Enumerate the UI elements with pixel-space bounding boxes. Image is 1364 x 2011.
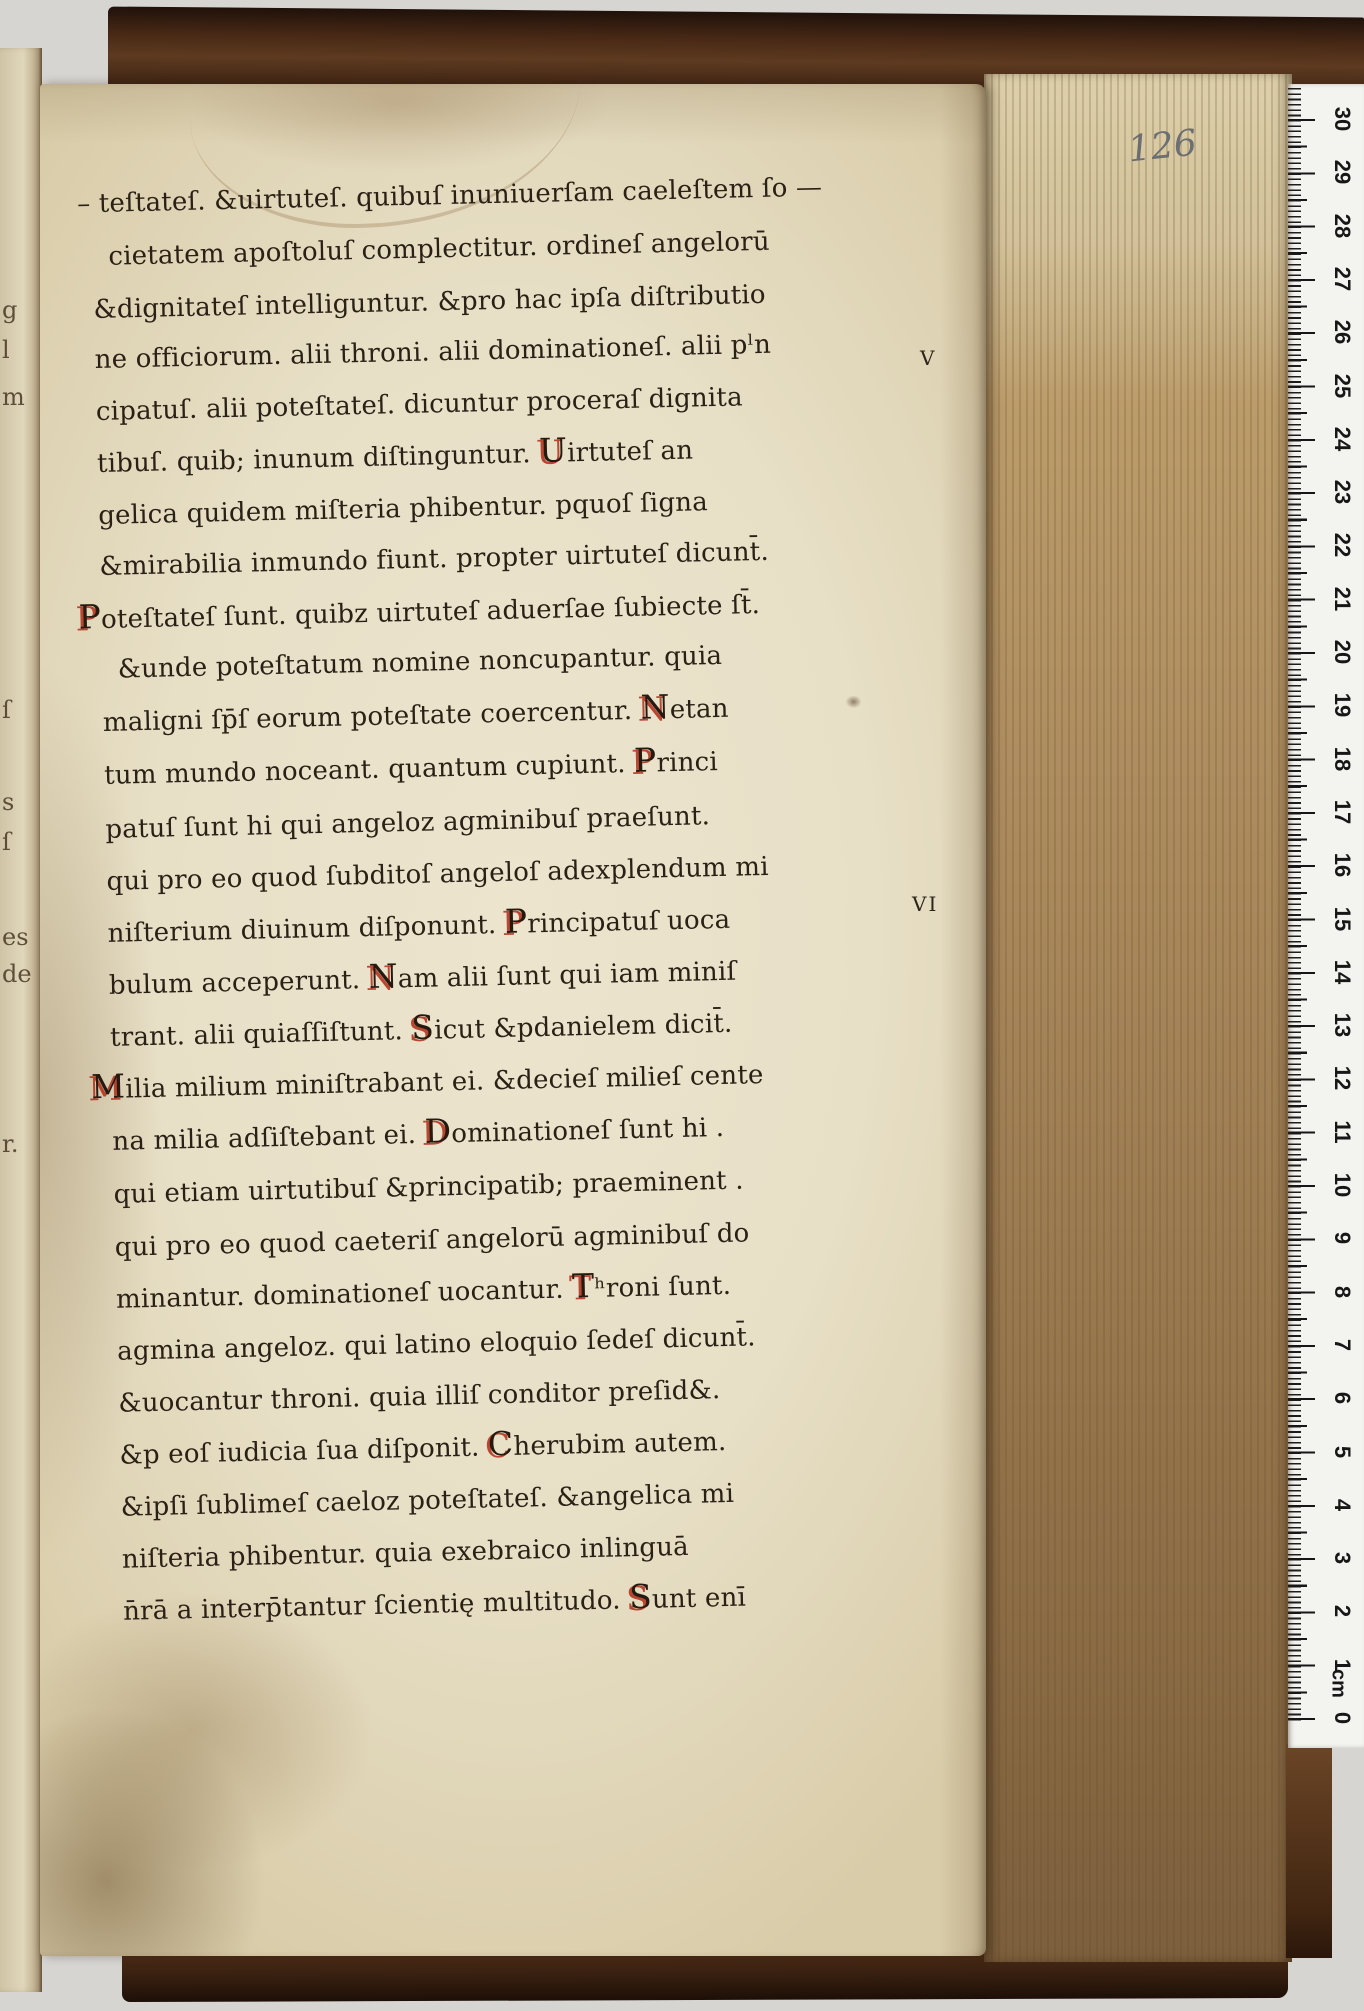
ruler-number: 26 [1329, 312, 1355, 352]
cutoff-letter-fragment: r. [2, 1130, 18, 1158]
rubricated-initial: C [487, 1424, 513, 1464]
cutoff-letter-fragment: s [2, 788, 14, 816]
cutoff-letter-fragment: m [2, 383, 25, 411]
ruler-number: 7 [1329, 1325, 1355, 1365]
text-line: n̄rā a interp̄tantur ſcientię multitudo.… [123, 1578, 747, 1629]
cutoff-letter-fragment: g [2, 296, 17, 324]
quire-mark-v: V [920, 346, 936, 370]
text-line: bulum acceperunt. Nam alii ſunt qui iam … [108, 952, 736, 1003]
parchment-page: – teſtateſ. &uirtuteſ. quibuſ inuniuerſa… [40, 84, 986, 1956]
ruler-number: 23 [1329, 472, 1355, 512]
text-line: qui pro eo quod caeteriſ angelorū agmini… [114, 1213, 749, 1264]
ruler-number: 13 [1329, 1005, 1355, 1045]
ruler-number: 21 [1329, 579, 1355, 619]
ruler-number: 4 [1329, 1485, 1355, 1525]
ruler-unit-label: cm [1327, 1664, 1350, 1704]
ruler-number: 9 [1329, 1218, 1355, 1258]
text-line: – teſtateſ. &uirtuteſ. quibuſ inuniuerſa… [77, 167, 823, 221]
cutoff-letter-fragment: ſ [2, 696, 11, 724]
text-line: &p eoſ iudicia ſua diſponit. Cherubim au… [119, 1422, 727, 1473]
ruler-number: 24 [1329, 419, 1355, 459]
ruler-number: 5 [1329, 1432, 1355, 1472]
ruler-number: 30 [1329, 99, 1355, 139]
text-line: &ipſi ſublimeſ caeloz poteſtateſ. &angel… [120, 1474, 734, 1525]
ruler-number: 12 [1329, 1058, 1355, 1098]
page-edges-stack [984, 74, 1292, 1962]
rubricated-initial: D [424, 1111, 452, 1151]
manuscript-photo: g l m ſ s ſ es de r. 126 – teſtateſ. &ui… [0, 0, 1364, 2011]
ruler-number: 0 [1329, 1698, 1355, 1738]
text-line: qui etiam uirtutibuſ &principatib; praem… [113, 1161, 744, 1212]
rubricated-initial: N [640, 687, 670, 727]
text-line: &uocantur throni. quia illiſ conditor pr… [118, 1370, 721, 1421]
ruler-number: 2 [1329, 1591, 1355, 1631]
text-line: maligni ſp̄ſ eorum poteſtate coercentur.… [103, 689, 730, 740]
rubricated-initial: P [78, 597, 101, 636]
text-line: niſteria phibentur. quia exebraico inlin… [122, 1527, 690, 1577]
ruler-number: 17 [1329, 792, 1355, 832]
ruler-number: 6 [1329, 1378, 1355, 1418]
rubricated-initial: P [634, 740, 657, 779]
rubricated-initial: N [368, 956, 398, 996]
text-line: cipatuſ. alii poteſtateſ. dicuntur proce… [95, 377, 743, 429]
quire-mark-vi: VI [912, 892, 938, 916]
ruler-number: 8 [1329, 1272, 1355, 1312]
ruler-number: 18 [1329, 739, 1355, 779]
ruler-number: 28 [1329, 206, 1355, 246]
text-line: cietatem apoſtoluſ complectitur. ordineſ… [108, 222, 770, 274]
text-line: tibuſ. quib; inunum diſtinguntur. Uirtut… [97, 430, 694, 481]
text-line: patuſ ſunt hi qui angeloz agminibuſ prae… [105, 796, 710, 847]
text-line: &dignitateſ intelliguntur. &pro hac ipſa… [93, 275, 766, 327]
ruler-number: 10 [1329, 1165, 1355, 1205]
ruler-number: 14 [1329, 952, 1355, 992]
book-cover-corner [1286, 1744, 1332, 1958]
rubricated-initial: U [539, 430, 568, 470]
text-line: qui pro eo quod ſubditoſ angeloſ adexple… [106, 847, 769, 899]
folio-number: 126 [1126, 123, 1199, 171]
ruler-number: 22 [1329, 525, 1355, 565]
ruler-number: 25 [1329, 366, 1355, 406]
text-line: agmina angeloz. qui latino eloquio ſedeſ… [117, 1317, 756, 1368]
text-line: tum mundo noceant. quantum cupiunt. Prin… [104, 742, 719, 793]
ruler-number: 16 [1329, 845, 1355, 885]
text-line: &unde poteſtatum nomine noncupantur. qui… [117, 636, 722, 687]
ruler-number: 3 [1329, 1538, 1355, 1578]
cutoff-letter-fragment: l [2, 336, 10, 364]
text-line: Milia milium miniſtrabant ei. &decieſ mi… [91, 1055, 764, 1107]
cutoff-letter-fragment: es [2, 923, 29, 951]
rubricated-initial: S [411, 1008, 435, 1048]
ruler-number: 11 [1329, 1112, 1355, 1152]
text-line: ne officiorum. alii throni. alii dominat… [94, 325, 771, 377]
ruler-number: 15 [1329, 899, 1355, 939]
ruler-number: 20 [1329, 632, 1355, 672]
text-line: gelica quidem miſteria phibentur. pquoſ … [98, 482, 708, 533]
ruler-number: 29 [1329, 152, 1355, 192]
facing-page-edge: g l m ſ s ſ es de r. [0, 48, 42, 1992]
text-line: na milia adſiſtebant ei. Dominationeſ ſu… [112, 1108, 725, 1159]
rubricated-initial: M [91, 1067, 126, 1107]
text-line: &mirabilia inmundo fiunt. propter uirtut… [99, 532, 769, 584]
rubricated-initial: S [629, 1577, 653, 1617]
text-line: trant. alii quiaſſiſtunt. Sicut &pdaniel… [110, 1004, 733, 1055]
text-line: niſterium diuinum diſponunt. Principatuſ… [107, 900, 730, 951]
cutoff-letter-fragment: ſ [2, 828, 11, 856]
cutoff-letter-fragment: de [2, 960, 32, 988]
text-line: minantur. dominationeſ uocantur. Tʰroni … [116, 1266, 732, 1317]
ruler-number: 27 [1329, 259, 1355, 299]
ruler: 30 29 28 27 26 25 24 23 22 21 20 19 18 1… [1288, 84, 1364, 1748]
ruler-number: 19 [1329, 685, 1355, 725]
text-block: – teſtateſ. &uirtuteſ. quibuſ inuniuerſa… [88, 64, 1010, 1955]
rubricated-initial: P [504, 901, 527, 940]
rubricated-initial: T [572, 1266, 595, 1305]
text-line: Poteſtateſ ſunt. quibz uirtuteſ aduerſae… [78, 585, 760, 637]
